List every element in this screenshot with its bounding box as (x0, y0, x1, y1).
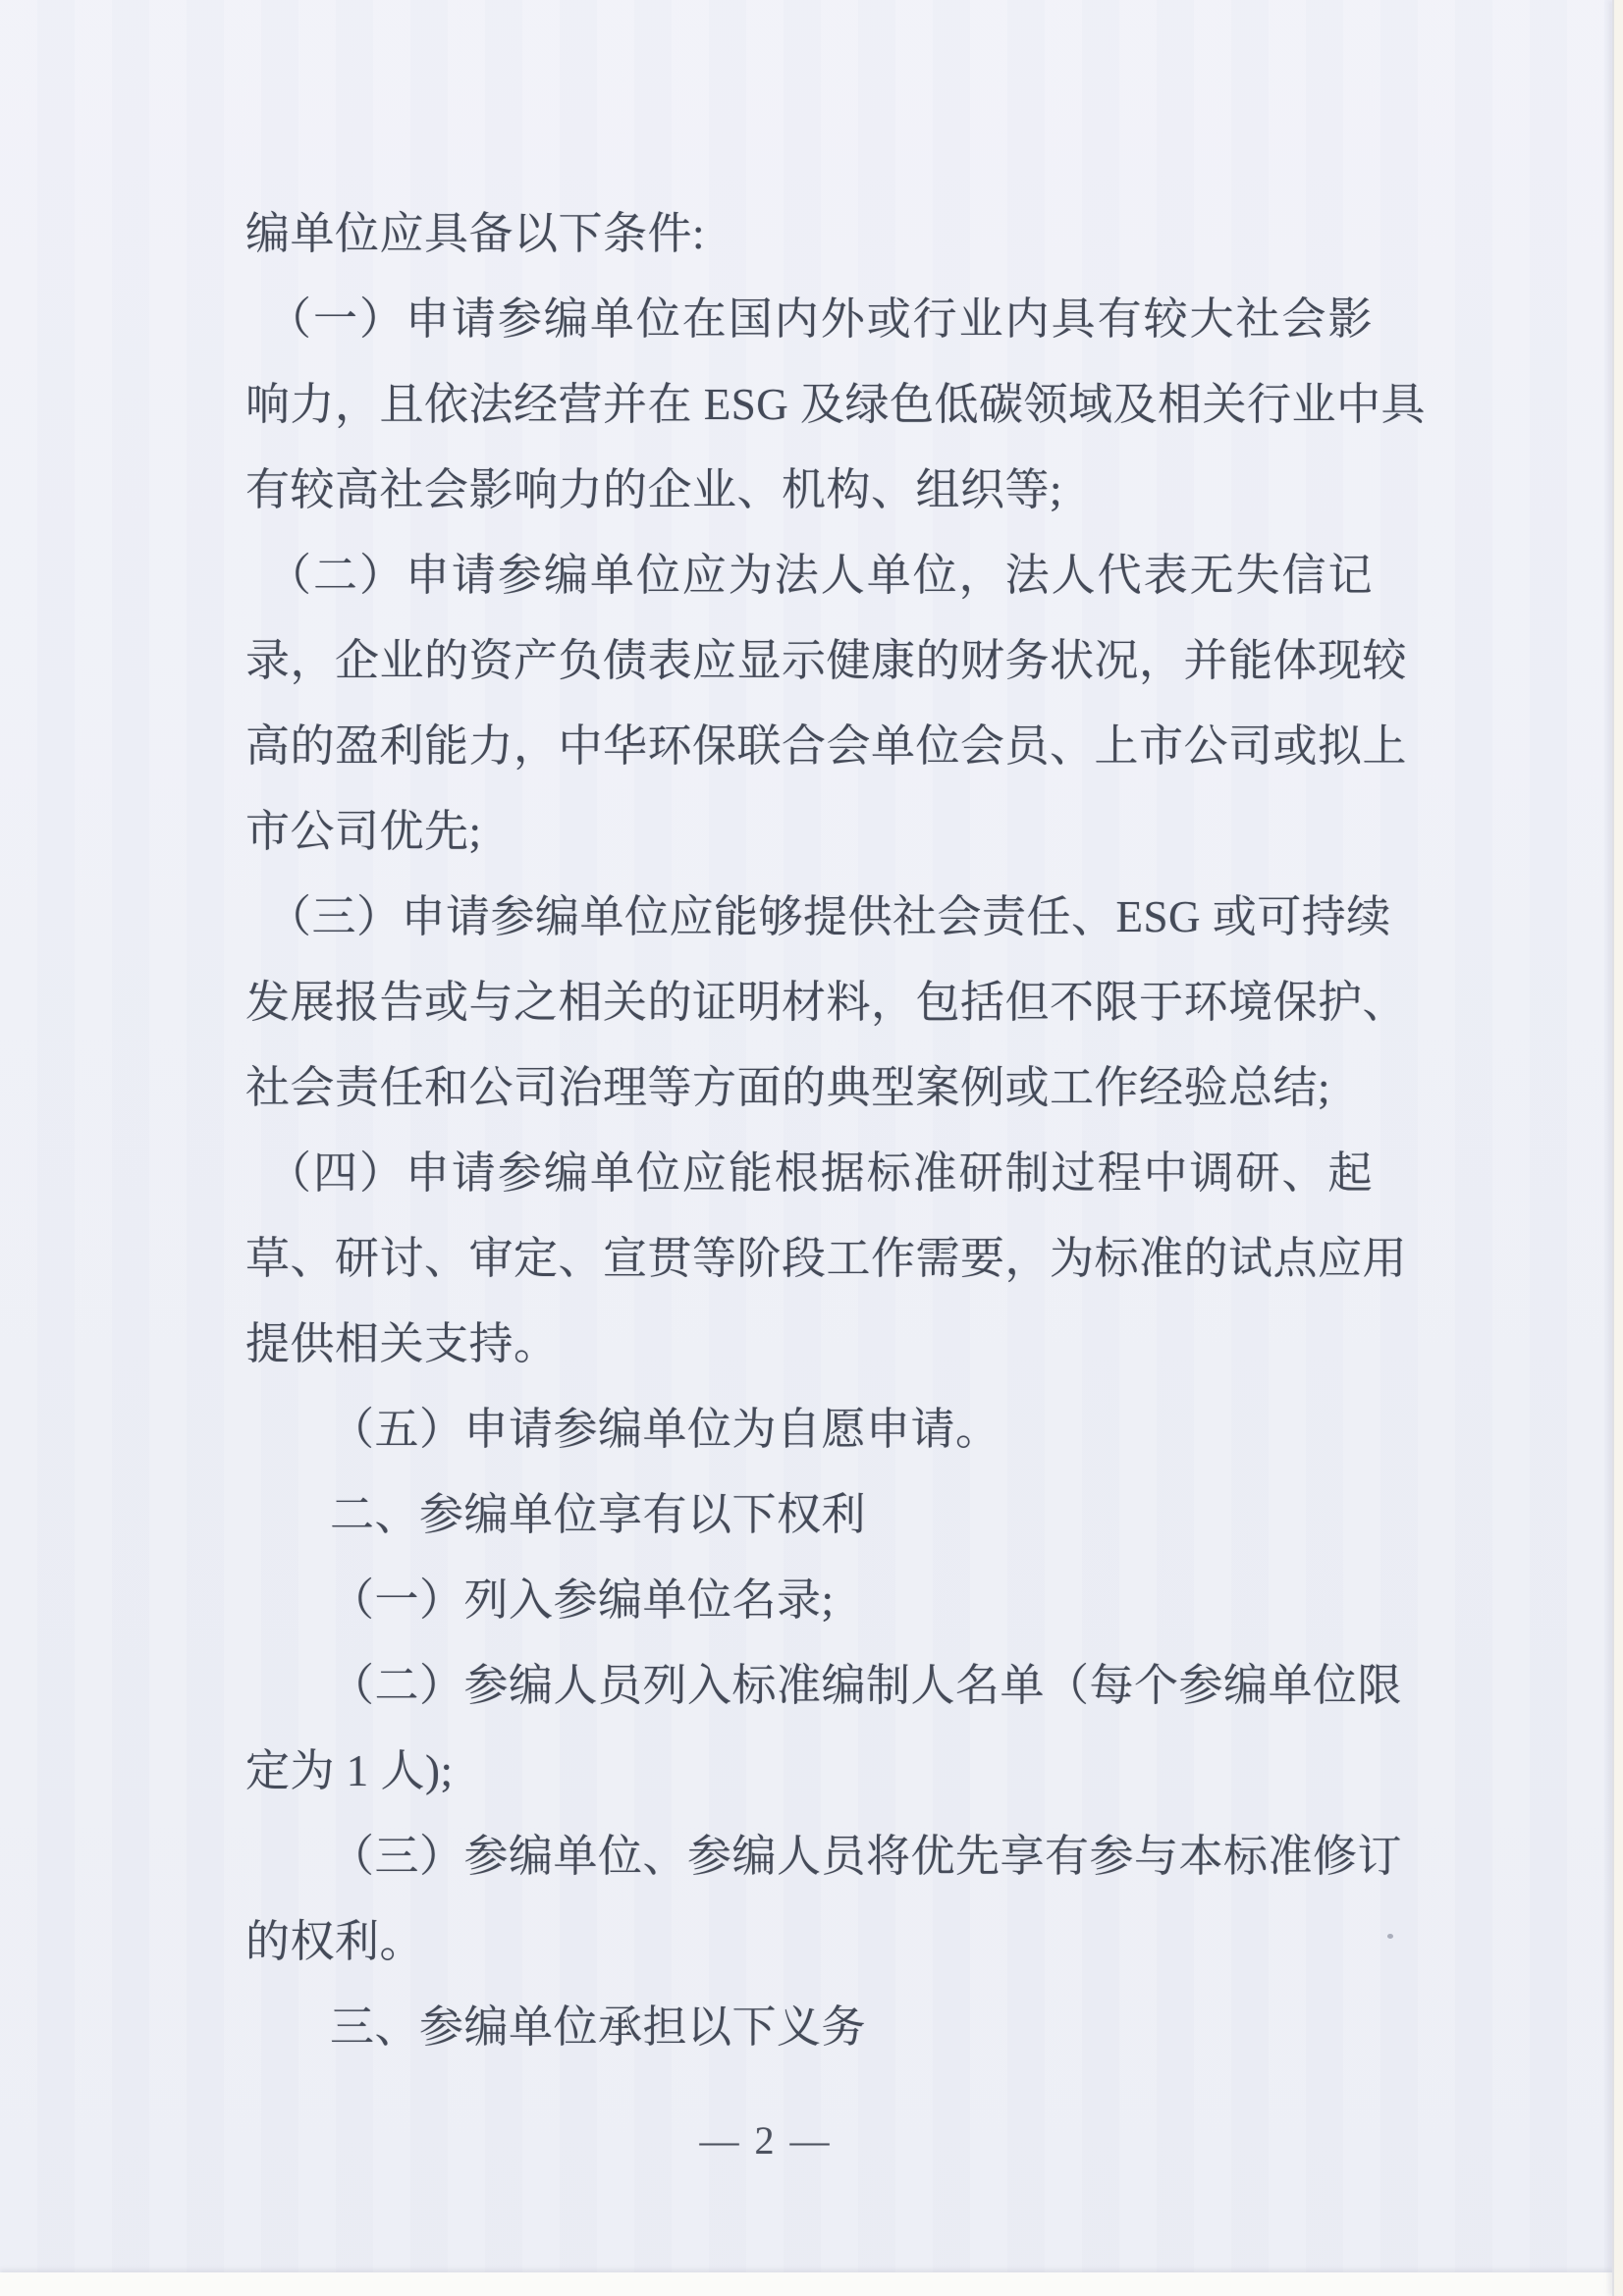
text-line: 编单位应具备以下条件: (245, 191, 1373, 277)
text-line: （一）申请参编单位在国内外或行业内具有较大社会影 (245, 277, 1373, 362)
text-line: （二）申请参编单位应为法人单位，法人代表无失信记 (245, 533, 1373, 618)
text-line: （三）申请参编单位应能够提供社会责任、ESG 或可持续 (245, 875, 1373, 960)
document-body: 编单位应具备以下条件:（一）申请参编单位在国内外或行业内具有较大社会影响力，且依… (245, 191, 1373, 2070)
text-line: （五）申请参编单位为自愿申请。 (245, 1387, 1373, 1472)
text-line: （三）参编单位、参编人员将优先享有参与本标准修订 (245, 1814, 1373, 1899)
text-line: 提供相关支持。 (245, 1302, 1373, 1387)
text-line: 草、研讨、审定、宣贯等阶段工作需要，为标准的试点应用 (245, 1216, 1373, 1302)
text-line: 市公司优先; (245, 789, 1373, 875)
text-line: 二、参编单位享有以下权利 (245, 1472, 1373, 1558)
text-line: 响力，且依法经营并在 ESG 及绿色低碳领域及相关行业中具 (245, 362, 1373, 448)
text-line: 的权利。 (245, 1899, 1373, 1985)
scan-edge-bottom (0, 2272, 1623, 2296)
scan-edge-right (1612, 0, 1623, 2296)
text-line: （一）列入参编单位名录; (245, 1558, 1373, 1643)
text-line: 有较高社会影响力的企业、机构、组织等; (245, 448, 1373, 533)
text-line: 定为 1 人); (245, 1729, 1373, 1814)
text-line: 社会责任和公司治理等方面的典型案例或工作经验总结; (245, 1045, 1373, 1131)
text-line: 高的盈利能力，中华环保联合会单位会员、上市公司或拟上 (245, 704, 1373, 789)
text-line: 录，企业的资产负债表应显示健康的财务状况，并能体现较 (245, 618, 1373, 704)
text-line: 发展报告或与之相关的证明材料，包括但不限于环境保护、 (245, 960, 1373, 1045)
text-line: 三、参编单位承担以下义务 (245, 1985, 1373, 2070)
scan-speck (1387, 1934, 1393, 1939)
text-line: （二）参编人员列入标准编制人名单（每个参编单位限 (245, 1643, 1373, 1729)
page-number: — 2 — (245, 2117, 1286, 2163)
text-line: （四）申请参编单位应能根据标准研制过程中调研、起 (245, 1131, 1373, 1216)
